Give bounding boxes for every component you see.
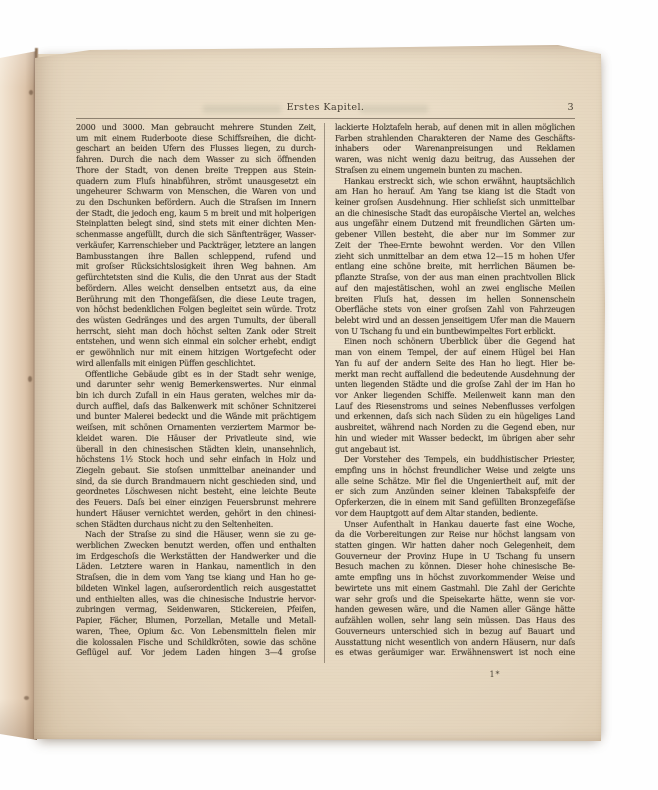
text-line: amte empfing uns in höchst zuvorkommende…	[335, 573, 575, 584]
text-line: inhabers oder Warenanpreisungen und Rekl…	[335, 144, 575, 155]
running-head: Erstes Kapitel. 3	[76, 101, 575, 114]
text-line: von U Tschang fu und ein buntbewimpeltes…	[335, 327, 575, 338]
text-line: bildeten Winkel lagen, auſserordentlich …	[76, 584, 316, 595]
text-line: zubringen vermag, Seidenwaren, Stickerei…	[76, 605, 316, 616]
text-line: waren, was nicht wenig dazu beitrug, das…	[335, 155, 575, 166]
text-line: es etwas geräumiger war. Erwähnenswert i…	[335, 648, 575, 659]
text-line: wird allenfalls mit einigen Püffen gesch…	[76, 359, 316, 370]
text-line: Yan fu auf der andern Seite des Han ho l…	[335, 359, 575, 370]
text-line: belebt wird und an dessen jenseitigem Uf…	[335, 316, 575, 327]
text-line: handen gewesen wäre, und die Namen aller…	[335, 605, 575, 616]
text-line: unten liegenden Städte und die groſse Za…	[335, 380, 575, 391]
text-line: Nach der Straſse zu sind die Häuser, wen…	[76, 530, 316, 541]
text-line: Straſsen zu einem ungemein bunten zu mac…	[335, 166, 575, 177]
text-line: sind, da sie durch Brandmauern nicht ges…	[76, 477, 316, 488]
text-line: man von einem Tempel, der auf einem Hüge…	[335, 348, 575, 359]
text-column-left: 2000 und 3000. Man gebraucht mehrere Stu…	[76, 123, 316, 663]
text-line: und enthielten alles, was die chinesisch…	[76, 595, 316, 606]
text-line: Bambusstangen ihre Ballen schleppend, ru…	[76, 252, 316, 263]
text-line: bin ich durch Zufall in ein Haus geraten…	[76, 391, 316, 402]
text-line: Öffentliche Gebäude gibt es in der Stadt…	[76, 370, 316, 381]
text-line: er sich zum Anzünden seiner kleinen Taba…	[335, 487, 575, 498]
text-line: befördern. Alles weicht denselben entset…	[76, 284, 316, 295]
text-line: er gewöhnlich nur mit einem hitzigen Wor…	[76, 348, 316, 359]
page-stack-edge	[0, 46, 37, 740]
text-line: Besuch machen zu können. Dieser hohe chi…	[335, 562, 575, 573]
text-line: entstehen, und wenn sich einmal ein solc…	[76, 337, 316, 348]
text-line: kleidet waren. Die Häuser der Privatleut…	[76, 434, 316, 445]
text-line: schen Städten durchaus nicht zu den Selt…	[76, 520, 316, 531]
text-line: Opferkerzen, die in einem mit Sand gefül…	[335, 498, 575, 509]
text-line: werblichen Zwecken benutzt werden, offen…	[76, 541, 316, 552]
text-line: statten gingen. Wir hatten daher noch Ge…	[335, 541, 575, 552]
text-line: an die chinesische Stadt das europäische…	[335, 209, 575, 220]
text-line: um mit einem Ruderboote diese Schiffsrei…	[76, 134, 316, 145]
text-line: merkt man recht auffallend die bedeutend…	[335, 370, 575, 381]
text-line: ausbreitet, während nach Norden zu die G…	[335, 423, 575, 434]
text-line: Zeit der Thee-Ernte bewohnt werden. Vor …	[335, 241, 575, 252]
text-line: von höchst bedenklichen Folgen begleitet…	[76, 305, 316, 316]
text-line: Steinplatten belegt sind, sind stets mit…	[76, 219, 316, 230]
text-line: 2000 und 3000. Man gebraucht mehrere Stu…	[76, 123, 316, 134]
text-line: pflanzte Straſse, von der aus man einen …	[335, 273, 575, 284]
text-line: zieht sich unmittelbar an dem etwa 12—15…	[335, 252, 575, 263]
text-line: hin und wieder mit Wasser bedeckt, im üb…	[335, 434, 575, 445]
text-line: entlang eine schöne breite, mit herrlich…	[335, 262, 575, 273]
text-line: im Erdgeschoſs die Werkstätten der Handw…	[76, 552, 316, 563]
text-line: verkäufer, Karrenschieber und Packträger…	[76, 241, 316, 252]
text-line: Ziegeln gebaut. Sie stoſsen unmittelbar …	[76, 466, 316, 477]
page-number: 3	[567, 101, 574, 114]
text-line: herrscht, sieht man doch höchst selten Z…	[76, 327, 316, 338]
text-line: und bunter Malerei bedeckt und die Wände…	[76, 412, 316, 423]
text-line: gebener Villen besteht, die aber nur im …	[335, 230, 575, 241]
text-line: durch auffiel, daſs das Balkenwerk mit s…	[76, 402, 316, 413]
text-line: Gouverneur der Provinz Hupe in U Tschang…	[335, 552, 575, 563]
text-line: und erkennen, daſs sich nach Süden zu ei…	[335, 412, 575, 423]
text-line: lackierte Holztafeln herab, auf denen mi…	[335, 123, 575, 134]
text-line: aufzählen wollen, sehr lang sein müssen.…	[335, 616, 575, 627]
text-line: Straſsen, die in dem vom Yang tse kiang …	[76, 573, 316, 584]
text-line: am Han ho herauf. Am Yang tse kiang ist …	[335, 187, 575, 198]
text-line: Lauf des Riesenstroms und seines Nebenfl…	[335, 402, 575, 413]
text-line: Berührung mit den Thongefäſsen, die dies…	[76, 295, 316, 306]
text-line: gefürchtetsten sind die Kulis, die den U…	[76, 273, 316, 284]
text-line: Hankau erstreckt sich, wie schon erwähnt…	[335, 177, 575, 188]
text-line: Einen noch schönern Überblick über die G…	[335, 337, 575, 348]
text-line: war sehr groſs und die Speisekarte hätte…	[335, 595, 575, 606]
text-line: des wüsten Gedränges und des argen Tumul…	[76, 316, 316, 327]
text-line: geschart an beiden Ufern des Flusses lie…	[76, 144, 316, 155]
text-line: breiten Fluſs hat, dessen im hellen Sonn…	[335, 295, 575, 306]
book-page: Erstes Kapitel. 3 2000 und 3000. Man geb…	[30, 44, 606, 742]
signature-mark: 1*	[485, 670, 505, 679]
text-line: Oberfläche stets von einer groſsen Zahl …	[335, 305, 575, 316]
text-line: Thore der Stadt, von denen breite Treppe…	[76, 166, 316, 177]
text-line: empfing uns in höchst freundlicher Weise…	[335, 466, 575, 477]
paper-speck	[24, 696, 29, 700]
text-line: ungeheurer Schwarm von Menschen, die War…	[76, 187, 316, 198]
text-line: aus ungefähr einem Dutzend mit freundlic…	[335, 219, 575, 230]
text-line: vor Anker liegenden Schiffe. Meilenweit …	[335, 391, 575, 402]
text-line: überall in den chinesischen Städten klei…	[76, 445, 316, 456]
text-line: keiner groſsen Ausdehnung. Hier schlieſs…	[335, 198, 575, 209]
text-line: waren, Thee, Opium &c. Von Lebensmitteln…	[76, 627, 316, 638]
text-column-right: lackierte Holztafeln herab, auf denen mi…	[335, 123, 575, 663]
text-line: da die Vorbereitungen zur Reise nur höch…	[335, 530, 575, 541]
paper-speck	[28, 376, 32, 382]
text-line: höchstens 1½ Stock hoch und sehr einfach…	[76, 455, 316, 466]
text-line: Geflügel auf. Vor jedem Laden hingen 3—4…	[76, 648, 316, 659]
text-line: fahren. Durch die nach dem Wasser zu sic…	[76, 155, 316, 166]
text-line: zu den Dschunken befördern. Auch die Str…	[76, 198, 316, 209]
text-line: vor dem Hauptgott auf dem Altar standen,…	[335, 509, 575, 520]
text-line: und darunter sehr wenig Bemerkenswertes.…	[76, 380, 316, 391]
text-line: Farben strahlenden Charakteren der Name …	[335, 134, 575, 145]
text-line: hundert Häuser vernichtet werden, gehört…	[76, 509, 316, 520]
text-line: mit groſser Rücksichtslosigkeit ihren We…	[76, 262, 316, 273]
book-photo: Erstes Kapitel. 3 2000 und 3000. Man geb…	[0, 0, 658, 790]
paper-speck	[29, 90, 33, 95]
text-line: weiſsen, mit schönen Ornamenten verziert…	[76, 423, 316, 434]
text-line: Unser Aufenthalt in Hankau dauerte fast …	[335, 520, 575, 531]
text-line: auf den majestätischen, wohl an zwei eng…	[335, 284, 575, 295]
text-line: bewirtete uns mit einem Gastmahl. Die Za…	[335, 584, 575, 595]
text-line: Papier, Fächer, Blumen, Porzellan, Metal…	[76, 616, 316, 627]
text-line: schenmasse angefüllt, durch die sich Sän…	[76, 230, 316, 241]
column-divider-rule	[324, 123, 325, 663]
chapter-title: Erstes Kapitel.	[76, 101, 575, 114]
text-line: gut angebaut ist.	[335, 445, 575, 456]
text-line: der Stadt, die jedoch eng, kaum 5 m brei…	[76, 209, 316, 220]
text-line: alle seine Schätze. Mir fiel die Ungenie…	[335, 477, 575, 488]
text-line: Der Vorsteher des Tempels, ein buddhisti…	[335, 455, 575, 466]
header-rule	[76, 118, 575, 119]
text-line: geordnetes Löschwesen nicht besteht, ein…	[76, 487, 316, 498]
text-line: des Feuers. Daſs bei einer einzigen Feue…	[76, 498, 316, 509]
text-line: quadern zum Fluſs hinabführen, strömt un…	[76, 177, 316, 188]
text-line: Gouverneurs unterschied sich in bezug au…	[335, 627, 575, 638]
text-line: Ausstattung nicht wesentlich von andern …	[335, 638, 575, 649]
text-line: Läden. Letztere waren in Hankau, namentl…	[76, 562, 316, 573]
text-line: die kolossalen Fische und Schildkröten, …	[76, 638, 316, 649]
